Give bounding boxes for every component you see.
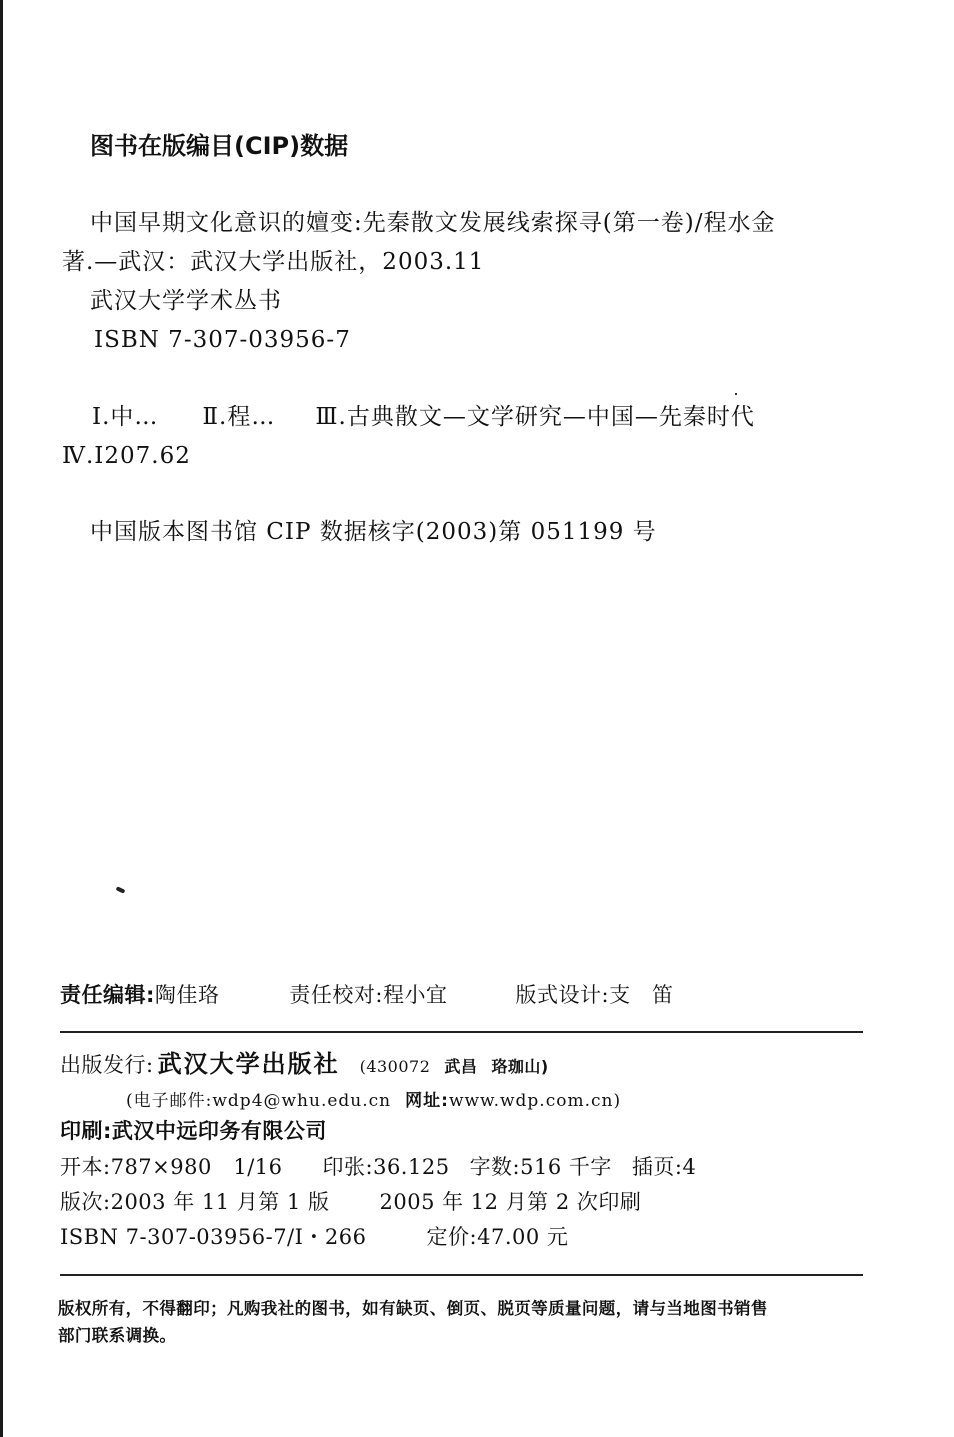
designer-label: 版式设计: — [515, 983, 609, 1007]
editor-name: 陶佳珞 — [155, 983, 220, 1007]
words-label: 字数: — [470, 1155, 521, 1179]
scan-mark — [116, 886, 126, 893]
website-label: 网址: — [405, 1091, 449, 1111]
cip-title-line-1: 中国早期文化意识的嬗变:先秦散文发展线索探寻(第一卷)/程水金 — [90, 208, 775, 238]
printer-row: 印刷:武汉中远印务有限公司 — [60, 1117, 327, 1145]
isbn-price-row: ISBN 7-307-03956-7/I・266定价:47.00 元 — [60, 1223, 568, 1251]
inserts-value: 4 — [682, 1155, 696, 1179]
email-link[interactable]: wdp4@whu.edu.cn — [212, 1091, 391, 1111]
format-value: 787×980 1/16 — [111, 1155, 283, 1179]
cip-verification: 中国版本图书馆 CIP 数据核字(2003)第 051199 号 — [90, 517, 657, 547]
divider-top — [60, 1031, 863, 1033]
printer-label: 印刷: — [60, 1119, 112, 1143]
cip-isbn: ISBN 7-307-03956-7 — [94, 325, 351, 355]
publisher-contact-row: (电子邮件:wdp4@whu.edu.cn网址:www.wdp.com.cn) — [126, 1086, 621, 1116]
cip-subject-1: Ⅰ.中… — [92, 404, 158, 430]
cip-heading: 图书在版编目(CIP)数据 — [90, 131, 348, 161]
page-left-border — [0, 0, 3, 1437]
designer-name: 支 笛 — [609, 983, 674, 1007]
specs-row: 开本:787×980 1/16印张:36.125字数:516 千字插页:4 — [60, 1153, 696, 1181]
cip-subject-3: Ⅲ.古典散文—文学研究—中国—先秦时代 — [315, 404, 755, 430]
edition-value: 2003 年 11 月第 1 版 — [111, 1190, 330, 1214]
cip-series: 武汉大学学术丛书 — [90, 286, 282, 316]
edition-row: 版次:2003 年 11 月第 1 版2005 年 12 月第 2 次印刷 — [60, 1188, 641, 1216]
website-link[interactable]: www.wdp.com.cn) — [449, 1091, 621, 1111]
publisher-row: 出版发行:武汉大学出版社(430072武昌珞珈山) — [60, 1050, 549, 1081]
proofreader-label: 责任校对: — [289, 983, 383, 1007]
edition-label: 版次: — [60, 1190, 111, 1214]
cip-subjects-row: Ⅰ.中…Ⅱ.程…Ⅲ.古典散文—文学研究—中国—先秦时代 — [92, 402, 755, 432]
editor-label: 责任编辑: — [60, 983, 155, 1007]
cip-title-line-2: 著.—武汉：武汉大学出版社，2003.11 — [62, 247, 484, 277]
publisher-district: 武昌 — [444, 1057, 477, 1076]
cip-subject-4: Ⅳ.I207.62 — [62, 441, 191, 471]
price-label: 定价: — [427, 1225, 478, 1249]
format-label: 开本: — [60, 1155, 111, 1179]
price-value: 47.00 元 — [477, 1225, 568, 1249]
divider-bottom — [60, 1274, 863, 1276]
publisher-label: 出版发行: — [60, 1053, 154, 1077]
printer-name: 武汉中远印务有限公司 — [112, 1119, 327, 1143]
credits-row: 责任编辑:陶佳珞责任校对:程小宜版式设计:支 笛 — [60, 981, 674, 1009]
publisher-location: 珞珈山) — [491, 1057, 548, 1076]
sheets-label: 印张: — [323, 1155, 374, 1179]
impression-value: 2005 年 12 月第 2 次印刷 — [379, 1190, 641, 1214]
cip-subject-2: Ⅱ.程… — [202, 404, 275, 430]
scan-speck — [735, 393, 737, 395]
sheets-value: 36.125 — [373, 1155, 449, 1179]
words-value: 516 千字 — [520, 1155, 612, 1179]
proofreader-name: 程小宜 — [383, 983, 448, 1007]
copyright-notice-line-2: 部门联系调换。 — [58, 1323, 176, 1349]
publisher-name: 武汉大学出版社 — [158, 1050, 340, 1078]
inserts-label: 插页: — [632, 1155, 683, 1179]
copyright-notice-line-1: 版权所有，不得翻印；凡购我社的图书，如有缺页、倒页、脱页等质量问题，请与当地图书… — [58, 1296, 768, 1322]
email-label: (电子邮件: — [126, 1091, 212, 1111]
isbn-full: ISBN 7-307-03956-7/I・266 — [60, 1225, 367, 1249]
publisher-postcode: (430072 — [360, 1057, 431, 1076]
